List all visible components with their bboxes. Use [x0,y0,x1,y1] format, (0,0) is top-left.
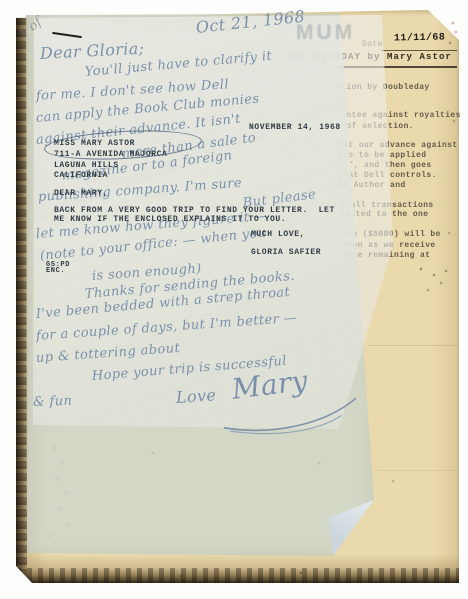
paper-crease [378,470,458,471]
faded-stamp: MUM [296,22,355,43]
note-signature: GLORIA SAFIER [251,249,321,257]
note-enclosure: ENC. [46,268,65,275]
paper-left-stain [16,10,27,583]
note-date: NOVEMBER 14, 1968 [249,124,341,132]
note-address-line: LAGUNA HILLS [54,162,119,170]
date-underline [381,50,457,51]
handwritten-line: & fun [33,395,73,409]
handwritten-closing: Love [175,387,216,406]
note-salutation: DEAR MARY, [54,190,108,198]
paper-bottom-stain [16,568,459,583]
note-address-line: CALIFORNIA [54,172,108,180]
note-body-line: BACK FROM A VERY GOOD TRIP TO FIND YOUR … [54,207,335,215]
date-value: 11/11/68 [394,34,445,45]
note-body-line: ME KNOW IF THE ENCLOSED EXPLAINS IT TO Y… [54,216,286,224]
scanned-letter-photo: Date 11/11/68 LED SATURDAY by Mary Astor… [0,0,468,599]
ink-smudges [0,0,2,2]
note-closing: MUCH LOVE, [251,231,305,239]
paper-crease [368,345,458,346]
